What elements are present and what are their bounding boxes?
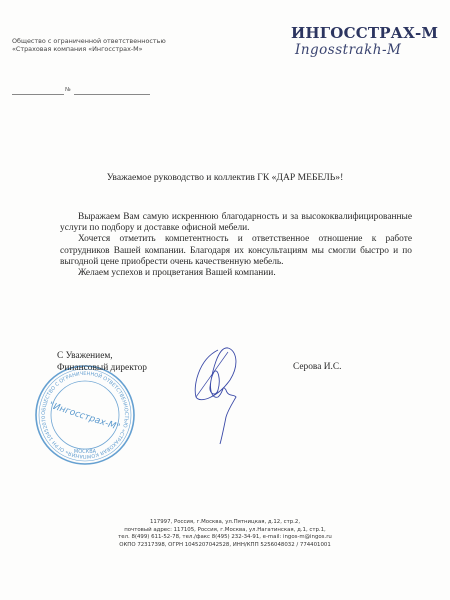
paragraph: Выражаем Вам самую искреннюю благодарнос…	[60, 212, 412, 234]
handwritten-signature	[188, 342, 258, 447]
letter-greeting: Уважаемое руководство и коллектив ГК «ДА…	[0, 172, 450, 183]
logo-main-text: ИНГОССТРАХ-М	[291, 24, 438, 42]
date-blank	[12, 94, 64, 95]
paragraph: Желаем успехов и процветания Вашей компа…	[60, 268, 412, 279]
company-stamp: ОБЩЕСТВО С ОГРАНИЧЕННОЙ ОТВЕТСТВЕННОСТЬЮ…	[34, 364, 136, 466]
logo-script-text: Ingosstrakh-M	[295, 42, 401, 58]
number-sign: №	[65, 87, 71, 93]
company-line-1: Общество с ограниченной ответственностью	[12, 37, 166, 45]
sender-company: Общество с ограниченной ответственностью…	[12, 37, 166, 53]
signature-block: С Уважением, Финансовый директор	[57, 351, 147, 374]
svg-text:МОСКВА: МОСКВА	[74, 449, 97, 455]
footer-line: ОКПО 72317398, ОГРН 1045207042528, ИНН/К…	[0, 542, 450, 550]
signer-name: Серова И.С.	[293, 362, 341, 372]
paragraph: Хочется отметить компетентность и ответс…	[60, 234, 412, 268]
closing: С Уважением,	[57, 351, 147, 363]
svg-text:"Ингосстрах-М": "Ингосстрах-М"	[48, 401, 121, 433]
footer-line: почтовый адрес: 117105, Россия, г.Москва…	[0, 527, 450, 535]
company-logo: ИНГОССТРАХ-М Ingosstrakh-M	[287, 24, 447, 66]
footer-line: 117997, Россия, г.Москва, ул.Пятницкая, …	[0, 519, 450, 527]
signer-position: Финансовый директор	[57, 363, 147, 375]
number-blank	[74, 94, 150, 95]
footer-line: тел. 8(499) 611-52-78, тел./факс 8(495) …	[0, 534, 450, 542]
footer-contacts: 117997, Россия, г.Москва, ул.Пятницкая, …	[0, 519, 450, 549]
company-line-2: «Страховая компания «Ингосстрах-М»	[12, 45, 166, 53]
reference-number-line: №	[12, 86, 148, 96]
letter-body: Выражаем Вам самую искреннюю благодарнос…	[60, 212, 412, 279]
